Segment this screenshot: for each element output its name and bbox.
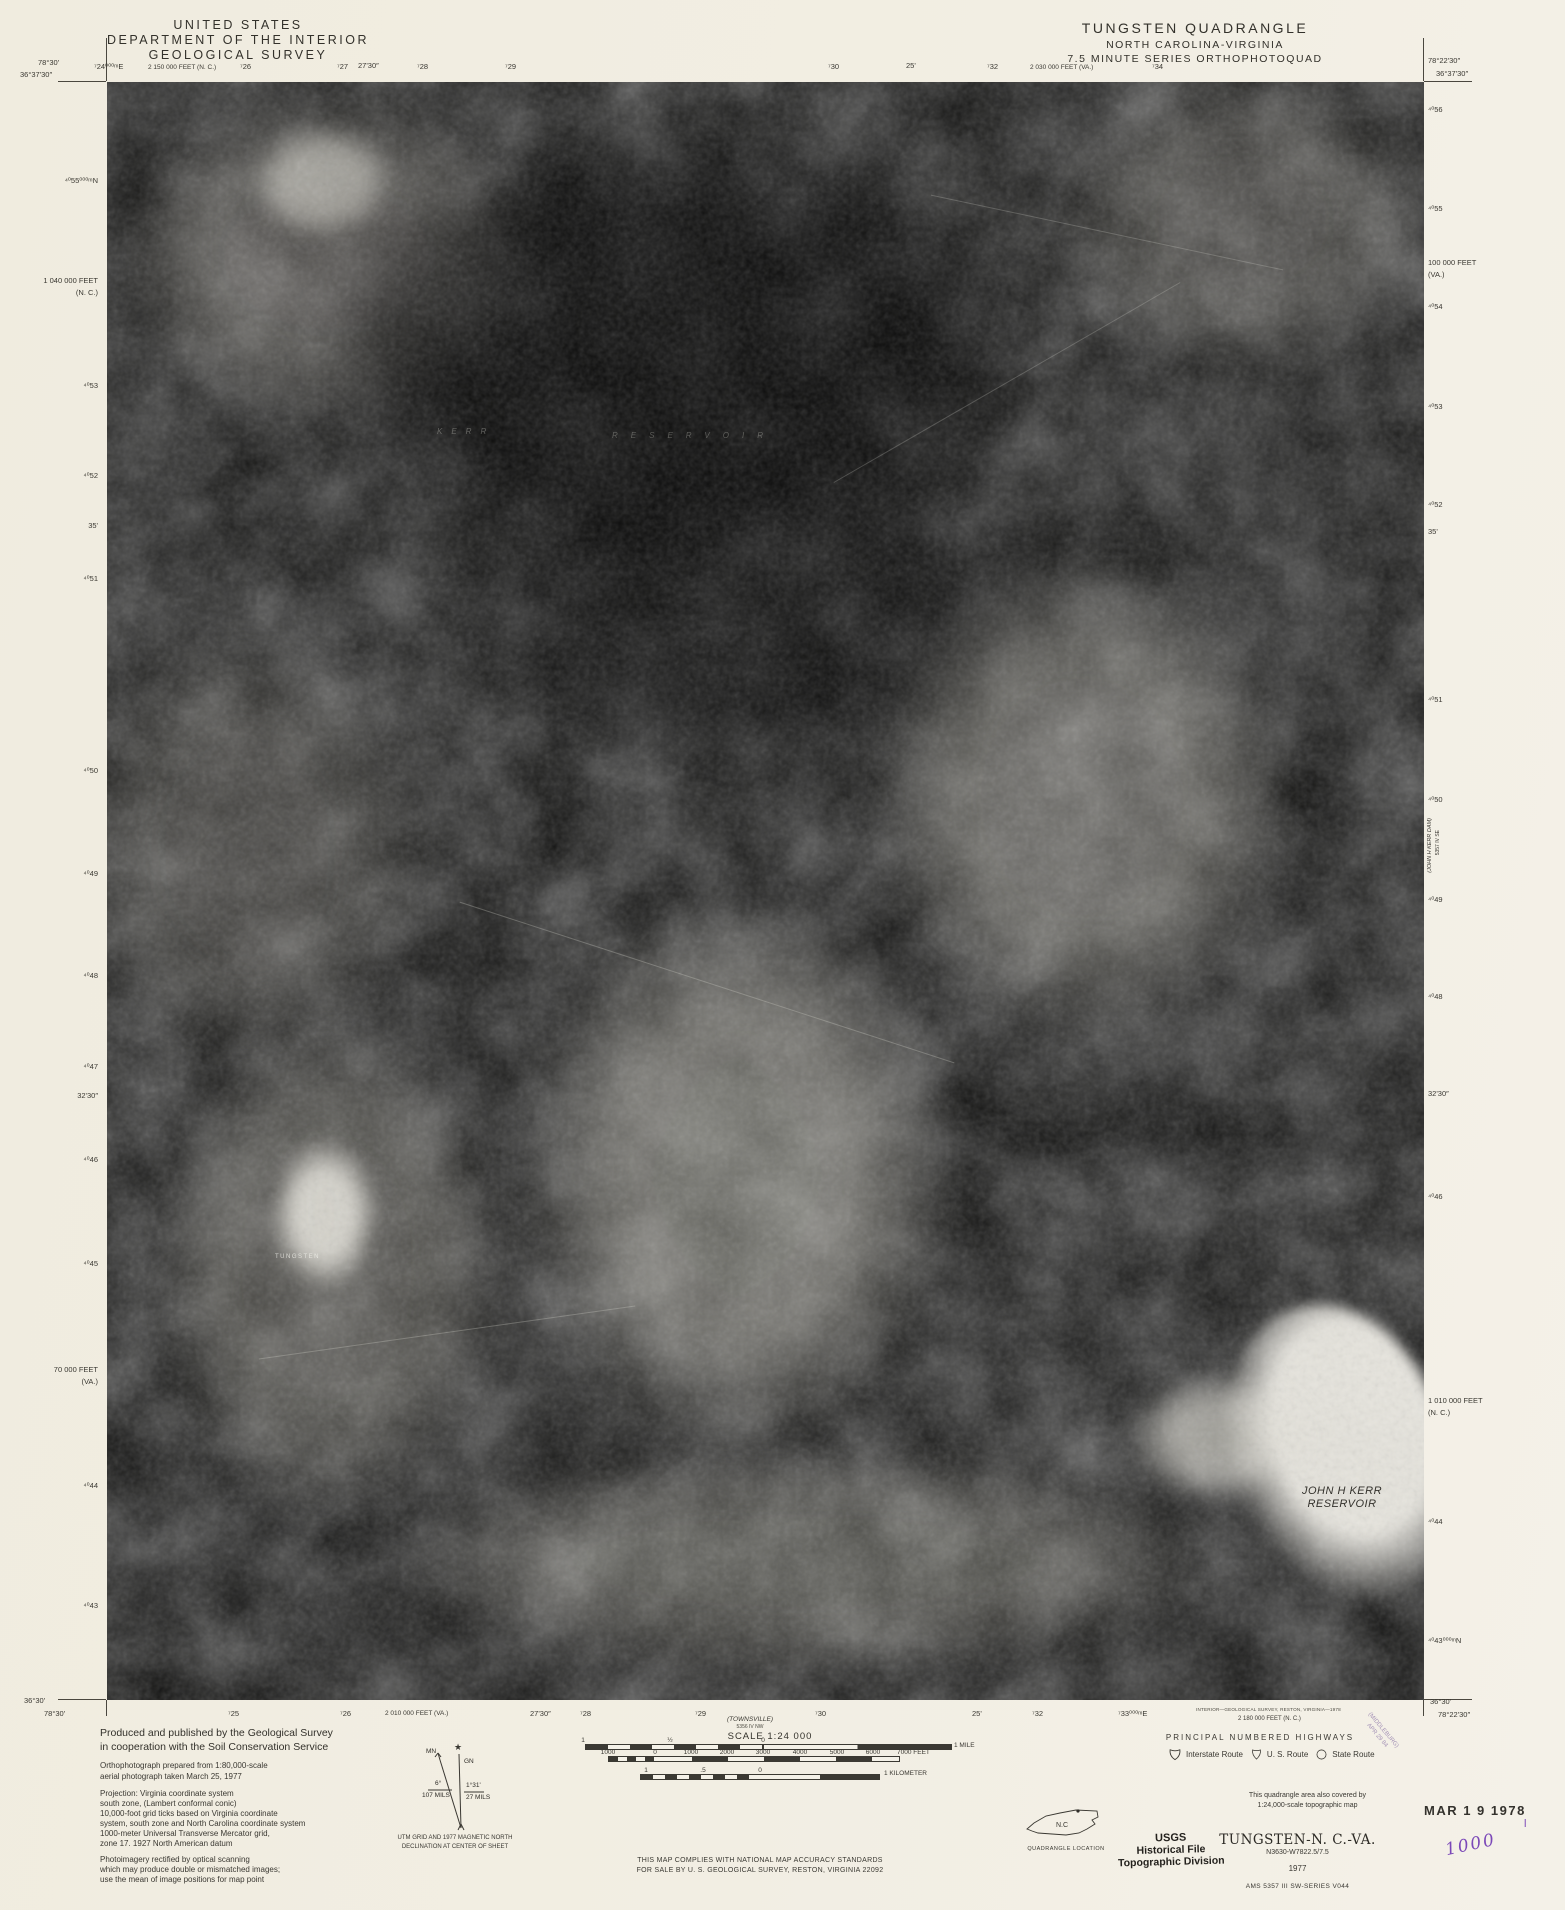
grid-label: ⁴⁰53: [0, 381, 98, 390]
us-route-shield-icon: [1250, 1748, 1263, 1761]
scale-km-tick: .5: [700, 1767, 705, 1774]
reservoir-label-line1: JOHN H KERR: [1257, 1485, 1424, 1497]
covered-note: 1:24,000-scale topographic map: [1225, 1802, 1390, 1809]
quad-subtitle-state: NORTH CAROLINA-VIRGINIA: [1010, 39, 1380, 51]
adjoining-quad-east: (JOHN H KERR DAM) 5357 IV SE: [1427, 818, 1433, 873]
scale-mile-tick: 0: [761, 1737, 765, 1744]
scale-feet-tick: 1000: [601, 1749, 615, 1756]
graticule-label: 25': [972, 1709, 982, 1718]
orthophoto-image: KERR RESERVOIR TUNGSTEN JOHN H KERR RESE…: [107, 82, 1424, 1700]
state-outline-map: N.C: [1026, 1800, 1104, 1844]
credit-note: south zone, (Lambert conformal conic): [100, 1799, 237, 1808]
grid-label: ⁴⁰50: [0, 766, 98, 775]
grid-label: ⁷28: [580, 1709, 591, 1718]
grid-label: ⁴⁰49: [0, 869, 98, 878]
graticule-label: 32'30″: [1428, 1089, 1449, 1098]
map-sheet: UNITED STATES DEPARTMENT OF THE INTERIOR…: [0, 0, 1565, 1910]
credit-note: Photoimagery rectified by optical scanni…: [100, 1855, 250, 1864]
grid-label: ⁷32: [987, 62, 998, 71]
sheet-id: N3630-W7822.5/7.5: [1210, 1849, 1385, 1856]
us-route-label: U. S. Route: [1267, 1750, 1308, 1759]
town-label-tungsten: TUNGSTEN: [275, 1254, 320, 1260]
graticule-label: 25': [906, 61, 916, 70]
scale-feet-tick: 2000: [720, 1749, 734, 1756]
reservoir-label-line2: RESERVOIR: [1257, 1498, 1424, 1510]
grid-label: ⁴⁰51: [1428, 695, 1443, 704]
declination-caption: DECLINATION AT CENTER OF SHEET: [385, 1844, 525, 1850]
grid-label: ⁴⁰51: [0, 574, 98, 583]
scale-km-tick: 1: [644, 1767, 648, 1774]
grid-label: ⁴⁰44: [0, 1481, 98, 1490]
scale-mile-tick: ½: [667, 1737, 672, 1744]
scale-mile-unit: 1 MILE: [954, 1742, 975, 1749]
grid-label: 2 010 000 FEET (VA.): [385, 1710, 448, 1717]
graticule-label: 32'30″: [0, 1091, 98, 1100]
adjoining-quad-south-ref: 5356 IV NW: [700, 1724, 800, 1730]
grid-label: ⁴⁰43: [0, 1601, 98, 1610]
photo-fine-grain: [107, 82, 1424, 1700]
sheet-name: TUNGSTEN-N. C.-VA.: [1210, 1832, 1385, 1848]
grid-label: ⁴⁰53: [1428, 402, 1443, 411]
corner-tick: [1423, 1700, 1424, 1716]
agency-title-line2: DEPARTMENT OF THE INTERIOR: [88, 33, 388, 47]
corner-coordinate: 78°22'30″: [1428, 56, 1460, 65]
water-name-faint: RESERVOIR: [612, 431, 776, 440]
sale-statement: FOR SALE BY U. S. GEOLOGICAL SURVEY, RES…: [560, 1867, 960, 1874]
scale-feet-tick: 4000: [793, 1749, 807, 1756]
sheet-year: 1977: [1210, 1864, 1385, 1873]
scale-mile-tick: 1: [581, 1737, 585, 1744]
interstate-route-item: Interstate Route: [1168, 1747, 1243, 1761]
grid-label: ⁴⁰46: [1428, 1192, 1443, 1201]
graticule-label: 27'30″: [358, 61, 379, 70]
declination-caption: UTM GRID AND 1977 MAGNETIC NORTH: [385, 1835, 525, 1841]
grid-label: ⁴⁰44: [1428, 1517, 1443, 1526]
gn-degrees: 1°31': [466, 1782, 481, 1789]
interstate-shield-icon: [1168, 1747, 1182, 1761]
grid-label: ⁷29: [505, 62, 516, 71]
scale-feet-tick: 6000: [866, 1749, 880, 1756]
grid-label: ⁴⁰45: [0, 1259, 98, 1268]
corner-coordinate: 36°30': [24, 1696, 45, 1705]
credit-note: which may produce double or mismatched i…: [100, 1865, 280, 1874]
grid-label: (N. C.): [0, 288, 98, 297]
corner-tick: [1424, 81, 1472, 82]
corner-coordinate: 36°30': [1430, 1697, 1451, 1706]
grid-label: ⁴⁰52: [0, 471, 98, 480]
corner-coordinate: 36°37'30″: [20, 70, 52, 79]
quad-location-dot: [1076, 1809, 1079, 1812]
imprint-line: INTERIOR—GEOLOGICAL SURVEY, RESTON, VIRG…: [1196, 1707, 1341, 1712]
corner-coordinate: 78°30': [38, 58, 59, 67]
gn-mils: 27 MILS: [466, 1794, 490, 1801]
credit-line: in cooperation with the Soil Conservatio…: [100, 1741, 328, 1753]
highways-title: PRINCIPAL NUMBERED HIGHWAYS: [1130, 1733, 1390, 1742]
credit-note: use the mean of image positions for map …: [100, 1875, 264, 1884]
interstate-route-label: Interstate Route: [1186, 1750, 1243, 1759]
grid-label: 2 180 000 FEET (N. C.): [1238, 1716, 1301, 1722]
state-route-circle-icon: [1315, 1748, 1328, 1761]
highways-legend: Interstate Route U. S. Route State Route: [1168, 1747, 1375, 1761]
grid-label: ⁴⁰54: [1428, 302, 1443, 311]
grid-label: (N. C.): [1428, 1408, 1450, 1417]
corner-tick: [58, 1699, 106, 1700]
scale-bar-km: [640, 1774, 880, 1780]
grid-label: ⁷26: [340, 1709, 351, 1718]
grid-label: 100 000 FEET: [1428, 258, 1476, 267]
graticule-label: 35': [0, 521, 98, 530]
grid-label: (VA.): [0, 1377, 98, 1386]
grid-label: ⁴⁰55: [1428, 204, 1443, 213]
magnetic-north-label: MN: [426, 1748, 436, 1755]
grid-label: ⁷34: [1152, 62, 1163, 71]
corner-tick: [106, 38, 107, 81]
scale-km-tick: 0: [758, 1767, 762, 1774]
grid-label: ⁷28: [417, 62, 428, 71]
credit-note: system, south zone and North Carolina co…: [100, 1819, 305, 1828]
credit-note: aerial photograph taken March 25, 1977: [100, 1772, 242, 1781]
grid-label: 1 040 000 FEET: [0, 276, 98, 285]
grid-label: ⁷33⁰⁰⁰ᵐE: [1118, 1709, 1147, 1718]
grid-label: ⁴⁰52: [1428, 500, 1443, 509]
state-route-item: State Route: [1315, 1748, 1374, 1761]
grid-label: ⁷25: [228, 1709, 239, 1718]
scale-feet-unit: 7000 FEET: [897, 1749, 930, 1756]
location-caption: QUADRANGLE LOCATION: [1016, 1846, 1116, 1852]
accuracy-statement: THIS MAP COMPLIES WITH NATIONAL MAP ACCU…: [560, 1857, 960, 1864]
credit-note: Projection: Virginia coordinate system: [100, 1789, 234, 1798]
credit-note: zone 17. 1927 North American datum: [100, 1839, 233, 1848]
scale-feet-tick: 3000: [756, 1749, 770, 1756]
grid-label: (VA.): [1428, 270, 1445, 279]
grid-label: 70 000 FEET: [0, 1365, 98, 1374]
covered-note: This quadrangle area also covered by: [1225, 1792, 1390, 1799]
grid-label: ⁷24⁰⁰⁰ᵐE: [94, 62, 123, 71]
credit-line: Produced and published by the Geological…: [100, 1727, 333, 1739]
credit-note: Orthophotograph prepared from 1:80,000-s…: [100, 1761, 268, 1770]
adjoining-quad-south: (TOWNSVILLE): [700, 1716, 800, 1723]
grid-label: 2 030 000 FEET (VA.): [1030, 64, 1093, 71]
corner-tick: [1423, 38, 1424, 81]
grid-label: 2 150 000 FEET (N. C.): [148, 64, 216, 71]
state-route-label: State Route: [1332, 1750, 1374, 1759]
grid-label: ⁴⁰48: [0, 971, 98, 980]
handwritten-mark: l: [1524, 1818, 1526, 1830]
corner-tick: [106, 1700, 107, 1716]
graticule-label: 35': [1428, 527, 1438, 536]
grid-label: ⁷27: [337, 62, 348, 71]
grid-label: ⁴⁰46: [0, 1155, 98, 1164]
grid-label: ⁴⁰49: [1428, 895, 1443, 904]
received-date-stamp: MAR 1 9 1978: [1424, 1803, 1526, 1818]
grid-label: ⁴⁰47: [0, 1062, 98, 1071]
credit-note: 10,000-foot grid ticks based on Virginia…: [100, 1809, 278, 1818]
grid-label: ⁷30: [815, 1709, 826, 1718]
state-abbrev: N.C: [1056, 1822, 1068, 1829]
scale-km-unit: 1 KILOMETER: [884, 1770, 927, 1777]
us-route-item: U. S. Route: [1250, 1748, 1308, 1761]
grid-label: 1 010 000 FEET: [1428, 1396, 1483, 1405]
scale-feet-tick: 5000: [830, 1749, 844, 1756]
grid-label: ⁴⁰55⁰⁰⁰ᵐN: [0, 176, 98, 185]
handwritten-number: 1000: [1443, 1830, 1497, 1860]
credit-note: 1000-meter Universal Transverse Mercator…: [100, 1829, 270, 1838]
scale-feet-tick: 0: [653, 1749, 657, 1756]
agency-title-line3: GEOLOGICAL SURVEY: [88, 48, 388, 62]
declination-diagram: ★ MN GN 6° 107 MILS 1°31' 27 MILS: [408, 1740, 538, 1836]
scale-title: SCALE 1:24 000: [695, 1731, 845, 1742]
quad-title: TUNGSTEN QUADRANGLE: [1010, 20, 1380, 36]
svg-text:★: ★: [454, 1742, 462, 1752]
grid-label: ⁴⁰56: [1428, 105, 1443, 114]
corner-coordinate: 78°30': [44, 1709, 65, 1718]
scale-feet-tick: 1000: [684, 1749, 698, 1756]
grid-label: ⁴⁰43⁰⁰⁰ᵐN: [1428, 1636, 1461, 1645]
sheet-ams-ref: AMS 5357 III SW-SERIES V044: [1210, 1883, 1385, 1890]
agency-title-line1: UNITED STATES: [88, 18, 388, 32]
grid-north-label: GN: [464, 1758, 474, 1765]
mn-mils: 107 MILS: [422, 1792, 450, 1799]
grid-label: ⁷26: [240, 62, 251, 71]
graticule-label: 27'30″: [530, 1709, 551, 1718]
scale-bar-feet: [608, 1756, 900, 1762]
mn-degrees: 6°: [435, 1780, 441, 1787]
grid-label: ⁷30: [828, 62, 839, 71]
water-name-faint: KERR: [437, 427, 495, 436]
corner-coordinate: 36°37'30″: [1436, 69, 1468, 78]
corner-coordinate: 78°22'30″: [1438, 1710, 1470, 1719]
grid-label: ⁷32: [1032, 1709, 1043, 1718]
corner-tick: [58, 81, 106, 82]
grid-label: ⁴⁰50: [1428, 795, 1443, 804]
grid-label: ⁴⁰48: [1428, 992, 1443, 1001]
